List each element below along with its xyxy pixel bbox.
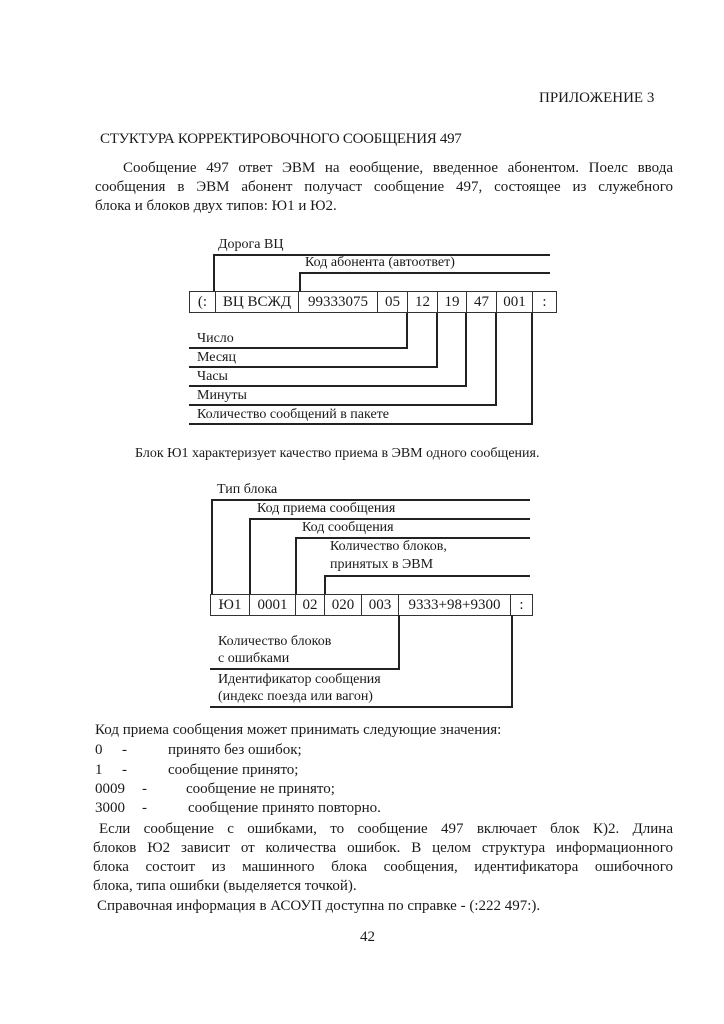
label-error-blocks: Количество блоков [218,633,331,650]
connector-line [299,272,550,274]
connector-line [189,423,533,425]
cell: : [511,595,533,616]
code-value: 1 [95,762,122,779]
para-line: Если сообщение с ошибками, то сообщение … [99,821,673,837]
page-title: СТУКТУРА КОРРЕКТИРОВОЧНОГО СООБЩЕНИЯ 497 [100,131,462,148]
code-value: 3000 [95,800,142,817]
para-line: блоков Ю2 зависит от количества ошибок. … [93,840,673,856]
cell: : [533,292,557,313]
cell: ВЦ ВСЖД [216,292,299,313]
connector-line [210,668,400,670]
appendix-label: ПРИЛОЖЕНИЕ 3 [539,90,654,107]
reference-line: Справочная информация в АСОУП доступна п… [97,898,540,915]
label-message-id-2: (индекс поезда или вагон) [218,688,373,705]
label-receive-code: Код приема сообщения [257,500,395,517]
code-item: 3000-сообщение принято повторно. [95,800,381,817]
code-desc: принято без ошибок; [168,742,302,758]
connector-line [324,575,326,595]
para-line: блока, типа ошибки (выделяется точкой). [93,878,357,894]
label-message-code: Код сообщения [302,519,394,536]
label-road-vc: Дорога ВЦ [218,236,283,253]
label-day: Число [197,330,234,347]
code-dash: - [122,762,168,779]
code-dash: - [122,742,168,759]
connector-line [511,615,513,707]
intro-paragraph: Сообщение 497 ответ ЭВМ на еообщение, вв… [95,159,673,216]
code-desc: сообщение принято; [168,762,298,778]
cell: 9333+98+9300 [399,595,511,616]
connector-line [213,254,215,292]
connector-line [531,313,533,424]
cell: 05 [378,292,408,313]
code-item: 0009-сообщение не принято; [95,781,335,798]
connector-line [324,575,530,577]
connector-line [249,518,251,595]
cell: 47 [467,292,497,313]
code-desc: сообщение принято повторно. [188,800,381,816]
service-block-table: (: ВЦ ВСЖД 99333075 05 12 19 47 001 : [189,291,557,313]
label-blocks-received-2: принятых в ЭВМ [330,556,433,573]
intro-line: Сообщение 497 ответ ЭВМ на еообщение, вв… [123,160,673,176]
code-desc: сообщение не принято; [186,781,335,797]
label-error-blocks-2: с ошибками [218,650,289,667]
code-item: 1-сообщение принято; [95,762,298,779]
label-minutes: Минуты [197,387,247,404]
connector-line [436,313,438,367]
cell: 0001 [250,595,296,616]
page-number: 42 [360,929,375,946]
label-block-type: Тип блока [217,481,277,498]
cell: Ю1 [211,595,250,616]
label-hours: Часы [197,368,228,385]
connector-line [406,313,408,348]
connector-line [211,499,213,595]
yu1-block-table: Ю1 0001 02 020 003 9333+98+9300 : [210,594,533,616]
cell: 003 [362,595,399,616]
errors-paragraph: Если сообщение с ошибками, то сообщение … [95,820,673,896]
intro-line: сообщения в ЭВМ абонент получаст сообщен… [95,179,673,195]
cell: 19 [438,292,467,313]
label-blocks-received: Количество блоков, [330,538,447,555]
cell: 02 [296,595,325,616]
code-value: 0009 [95,781,142,798]
label-message-id: Идентификатор сообщения [218,671,381,688]
cell: 001 [497,292,533,313]
caption-yu1: Блок Ю1 характеризует качество приема в … [135,446,539,462]
code-dash: - [142,781,186,798]
connector-line [465,313,467,386]
para-line: блока состоит из машинного блока сообщен… [93,859,673,875]
connector-line [495,313,497,405]
connector-line [299,272,301,292]
connector-line [210,706,513,708]
cell: 12 [408,292,438,313]
codes-intro: Код приема сообщения может принимать сле… [95,722,501,739]
cell: (: [190,292,216,313]
intro-line: блока и блоков двух типов: Ю1 и Ю2. [95,198,337,214]
connector-line [295,537,297,595]
code-dash: - [142,800,188,817]
code-value: 0 [95,742,122,759]
label-month: Месяц [197,349,236,366]
label-message-count: Количество сообщений в пакете [197,406,389,423]
cell: 020 [325,595,362,616]
code-item: 0-принято без ошибок; [95,742,302,759]
label-subscriber-code: Код абонента (автоответ) [305,254,455,271]
connector-line [398,615,400,669]
cell: 99333075 [299,292,378,313]
